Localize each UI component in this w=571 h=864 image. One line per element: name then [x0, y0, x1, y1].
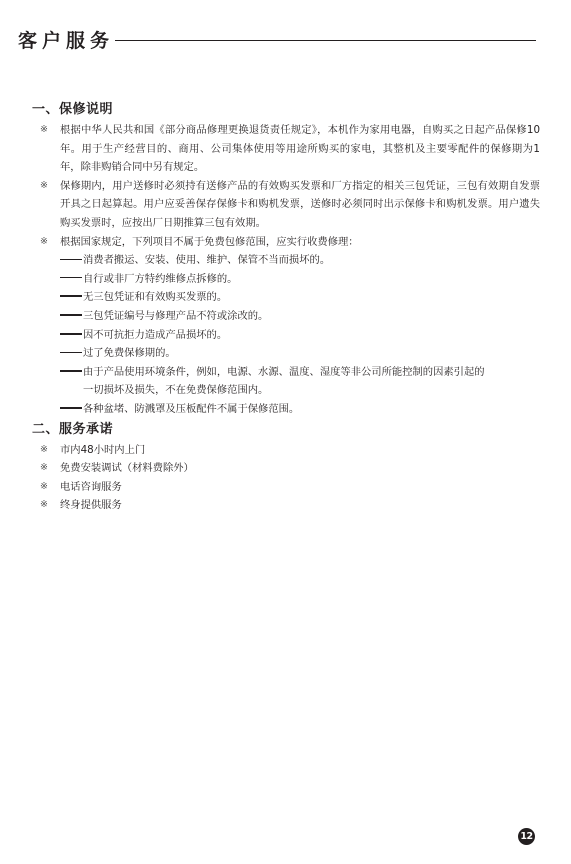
reference-mark-icon: ※ — [40, 478, 54, 496]
exclusion-item: 各种盆堵、防溅罩及压板配件不属于保修范围。 — [40, 400, 540, 419]
em-dash-icon — [60, 407, 82, 409]
exclusion-list: 消费者搬运、安装、使用、维护、保管不当而损坏的。 自行或非厂方特约维修点拆修的。… — [40, 251, 540, 418]
exclusion-text: 三包凭证编号与修理产品不符或涂改的。 — [83, 310, 268, 322]
reference-mark-icon: ※ — [40, 496, 54, 514]
bullet-text: 根据中华人民共和国《部分商品修理更换退货责任规定》，本机作为家用电器，自购买之日… — [40, 121, 540, 177]
em-dash-icon — [60, 333, 82, 335]
page-title: 客户服务 — [18, 29, 114, 53]
exclusion-item: 无三包凭证和有效购买发票的。 — [40, 288, 540, 307]
service-item: ※ 免费安装调试（材料费除外） — [40, 459, 194, 477]
em-dash-icon — [60, 295, 82, 297]
reference-mark-icon: ※ — [40, 233, 54, 252]
exclusion-item: 消费者搬运、安装、使用、维护、保管不当而损坏的。 — [40, 251, 540, 270]
warranty-bullet-3: ※ 根据国家规定，下列项目不属于免费包修范围，应实行收费修理： — [40, 233, 540, 252]
em-dash-icon — [60, 352, 82, 353]
exclusion-text: 消费者搬运、安装、使用、维护、保管不当而损坏的。 — [83, 254, 330, 266]
service-item: ※ 终身提供服务 — [40, 496, 194, 514]
service-item-text: 市内48小时内上门 — [40, 441, 194, 459]
service-list: ※ 市内48小时内上门 ※ 免费安装调试（材料费除外） ※ 电话咨询服务 ※ 终… — [40, 441, 194, 515]
exclusion-continuation: 一切损坏及损失，不在免费保修范围内。 — [40, 381, 540, 400]
em-dash-icon — [60, 370, 82, 372]
service-item-text: 终身提供服务 — [40, 496, 194, 514]
service-item-text: 电话咨询服务 — [40, 478, 194, 496]
exclusion-text: 各种盆堵、防溅罩及压板配件不属于保修范围。 — [83, 403, 299, 415]
page-number-badge: 12 — [518, 828, 535, 845]
service-heading: 二、服务承诺 — [32, 421, 113, 439]
exclusion-item: 三包凭证编号与修理产品不符或涂改的。 — [40, 307, 540, 326]
exclusion-item: 过了免费保修期的。 — [40, 344, 540, 363]
reference-mark-icon: ※ — [40, 459, 54, 477]
warranty-bullet-1: ※ 根据中华人民共和国《部分商品修理更换退货责任规定》，本机作为家用电器，自购买… — [40, 121, 540, 177]
bullet-text: 根据国家规定，下列项目不属于免费包修范围，应实行收费修理： — [40, 233, 540, 252]
exclusion-text: 过了免费保修期的。 — [83, 347, 176, 359]
reference-mark-icon: ※ — [40, 441, 54, 459]
warranty-bullet-2: ※ 保修期内，用户送修时必须持有送修产品的有效购买发票和厂方指定的相关三包凭证，… — [40, 177, 540, 233]
em-dash-icon — [60, 314, 82, 316]
warranty-bullets: ※ 根据中华人民共和国《部分商品修理更换退货责任规定》，本机作为家用电器，自购买… — [40, 121, 540, 419]
em-dash-icon — [60, 277, 82, 278]
exclusion-text: 由于产品使用环境条件，例如，电源、水源、温度、湿度等非公司所能控制的因素引起的 — [83, 366, 485, 378]
exclusion-item: 由于产品使用环境条件，例如，电源、水源、温度、湿度等非公司所能控制的因素引起的 — [40, 363, 540, 382]
em-dash-icon — [60, 259, 82, 260]
title-divider — [115, 40, 536, 41]
service-item: ※ 市内48小时内上门 — [40, 441, 194, 459]
service-item: ※ 电话咨询服务 — [40, 478, 194, 496]
reference-mark-icon: ※ — [40, 177, 54, 196]
exclusion-item: 自行或非厂方特约维修点拆修的。 — [40, 270, 540, 289]
service-item-text: 免费安装调试（材料费除外） — [40, 459, 194, 477]
exclusion-item: 因不可抗拒力造成产品损坏的。 — [40, 326, 540, 345]
reference-mark-icon: ※ — [40, 121, 54, 140]
exclusion-text: 自行或非厂方特约维修点拆修的。 — [83, 273, 237, 285]
warranty-heading: 一、保修说明 — [32, 101, 113, 119]
exclusion-text: 因不可抗拒力造成产品损坏的。 — [83, 329, 227, 341]
bullet-text: 保修期内，用户送修时必须持有送修产品的有效购买发票和厂方指定的相关三包凭证，三包… — [40, 177, 540, 233]
exclusion-text: 无三包凭证和有效购买发票的。 — [83, 291, 227, 303]
